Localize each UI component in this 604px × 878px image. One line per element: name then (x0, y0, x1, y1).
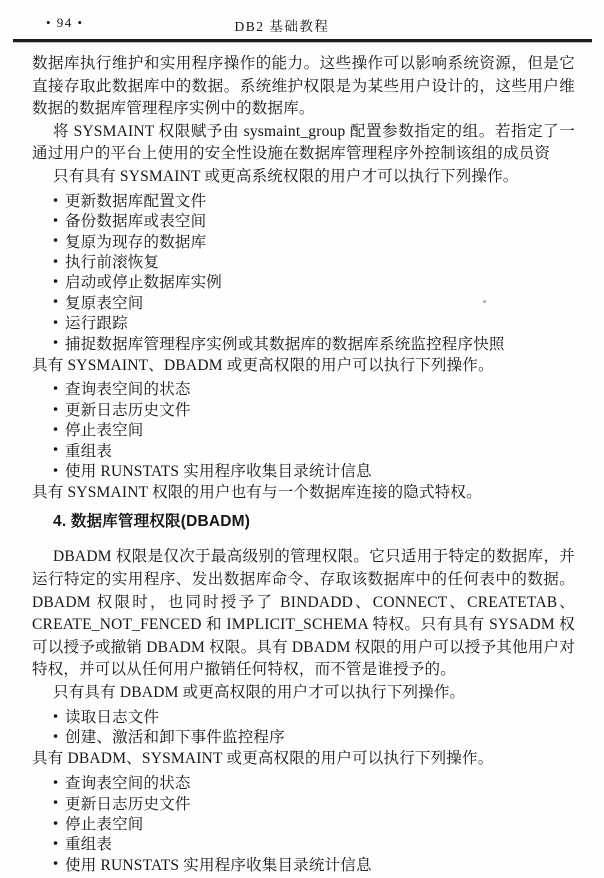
bullet-item: ●查询表空间的状态 (32, 378, 575, 398)
paragraph: 具有 SYSMAINT、DBADM 或更高权限的用户可以执行下列操作。 (32, 355, 575, 378)
bullet-text: 更新日志历史文件 (65, 792, 191, 812)
bullet-item: ●停止表空间 (32, 813, 575, 833)
paragraph: DBADM 权限是仅次于最高级别的管理权限。它只适用于特定的数据库，并允许用户运… (32, 546, 575, 682)
bullet-icon: ● (53, 236, 65, 245)
bullet-text: 捕捉数据库管理程序实例或其数据库的数据库系统监控程序快照 (65, 332, 505, 352)
text-line: 特权，并可以从任何用户撤销任何特权，而不管是谁授予的。 (32, 659, 575, 682)
bullet-icon: ● (53, 297, 65, 306)
text-line: CREATE_NOT_FENCED 和 IMPLICIT_SCHEMA 特权。只… (32, 614, 575, 637)
bullet-list: ●查询表空间的状态●更新日志历史文件●停止表空间●重组表●使用 RUNSTATS… (32, 772, 575, 874)
bullet-item: ●停止表空间 (32, 419, 575, 439)
bullet-text: 停止表空间 (65, 419, 144, 439)
text-line: 具有 SYSMAINT 权限的用户也有与一个数据库连接的隐式特权。 (32, 482, 575, 505)
bullet-item: ●查询表空间的状态 (32, 772, 575, 792)
bullet-item: ●更新日志历史文件 (32, 399, 575, 419)
bullet-icon: ● (53, 465, 65, 474)
paragraph: 只有具有 DBADM 或更高权限的用户才可以执行下列操作。 (32, 682, 575, 705)
text-line: 具有 SYSMAINT、DBADM 或更高权限的用户可以执行下列操作。 (32, 355, 575, 378)
bullet-icon: ● (53, 731, 65, 740)
bullet-icon: ● (53, 818, 65, 827)
paragraph: 将 SYSMAINT 权限赋予由 sysmaint_group 配置参数指定的组… (32, 121, 575, 166)
bullet-item: ●使用 RUNSTATS 实用程序收集目录统计信息 (32, 854, 575, 874)
text-line: 将 SYSMAINT 权限赋予由 sysmaint_group 配置参数指定的组… (32, 121, 575, 144)
book-title: DB2 基础教程 (0, 15, 564, 35)
section-heading: 4. 数据库管理权限(DBADM) (32, 511, 575, 534)
text-line: 只有具有 DBADM 或更高权限的用户才可以执行下列操作。 (32, 682, 575, 705)
paragraph: 只有具有 SYSMAINT 或更高系统权限的用户才可以执行下列操作。 (32, 166, 575, 189)
paragraph: 具有 SYSMAINT 权限的用户也有与一个数据库连接的隐式特权。 (32, 482, 575, 505)
text-line: 通过用户的平台上使用的安全性设施在数据库管理程序外控制该组的成员资格。 (32, 143, 575, 166)
bullet-icon: ● (53, 277, 65, 286)
bullet-text: 启动或停止数据库实例 (65, 271, 222, 291)
bullet-icon: ● (53, 859, 65, 868)
bullet-text: 执行前滚恢复 (65, 251, 159, 271)
bullet-text: 使用 RUNSTATS 实用程序收集目录统计信息 (65, 854, 372, 874)
book-page: • 94 • DB2 基础教程 数据库执行维护和实用程序操作的能力。这些操作可以… (0, 0, 604, 878)
bullet-text: 备份数据库或表空间 (65, 210, 206, 230)
bullet-item: ●重组表 (32, 833, 575, 853)
bullet-text: 查询表空间的状态 (65, 772, 191, 792)
bullet-item: ●捕捉数据库管理程序实例或其数据库的数据库系统监控程序快照 (32, 332, 575, 352)
paragraph: 具有 DBADM、SYSMAINT 或更高权限的用户可以执行下列操作。 (32, 748, 575, 771)
bullet-item: ●执行前滚恢复 (32, 251, 575, 271)
text-line: 数据库执行维护和实用程序操作的能力。这些操作可以影响系统资源，但是它们并不允许 (32, 53, 575, 76)
text-line: 可以授予或撤销 DBADM 权限。具有 DBADM 权限的用户可以授予其他用户对… (32, 637, 575, 660)
scan-artifact-dot (483, 300, 486, 303)
paragraph: 数据库执行维护和实用程序操作的能力。这些操作可以影响系统资源，但是它们并不允许直… (32, 53, 575, 121)
bullet-icon: ● (53, 839, 65, 848)
bullet-item: ●复原表空间 (32, 292, 575, 312)
page-body: 数据库执行维护和实用程序操作的能力。这些操作可以影响系统资源，但是它们并不允许直… (0, 42, 604, 874)
bullet-text: 复原表空间 (65, 292, 144, 312)
text-line: 运行特定的实用程序、发出数据库命令、存取该数据库中的任何表中的数据。当授予 (32, 569, 575, 592)
bullet-item: ●备份数据库或表空间 (32, 210, 575, 230)
text-line: DBADM 权限是仅次于最高级别的管理权限。它只适用于特定的数据库，并允许用户 (32, 546, 575, 569)
text-line: 直接存取此数据库中的数据。系统维护权限是为某些用户设计的，这些用户维护包含敏感 (32, 76, 575, 99)
bullet-text: 运行跟踪 (65, 312, 128, 332)
text-line: 只有具有 SYSMAINT 或更高系统权限的用户才可以执行下列操作。 (32, 166, 575, 189)
bullet-icon: ● (53, 445, 65, 454)
bullet-text: 查询表空间的状态 (65, 378, 191, 398)
text-line: 具有 DBADM、SYSMAINT 或更高权限的用户可以执行下列操作。 (32, 748, 575, 771)
bullet-icon: ● (53, 384, 65, 393)
bullet-icon: ● (53, 256, 65, 265)
bullet-item: ●重组表 (32, 439, 575, 459)
bullet-icon: ● (53, 777, 65, 786)
text-line: DBADM 权限时，也同时授予了 BINDADD、CONNECT、CREATET… (32, 592, 575, 615)
bullet-item: ●更新日志历史文件 (32, 792, 575, 812)
bullet-item: ●使用 RUNSTATS 实用程序收集目录统计信息 (32, 460, 575, 480)
bullet-icon: ● (53, 215, 65, 224)
bullet-text: 更新数据库配置文件 (65, 190, 206, 210)
bullet-text: 停止表空间 (65, 813, 144, 833)
bullet-icon: ● (53, 425, 65, 434)
bullet-icon: ● (53, 711, 65, 720)
bullet-icon: ● (53, 404, 65, 413)
text-line: 数据的数据库管理程序实例中的数据库。 (32, 98, 575, 121)
bullet-text: 更新日志历史文件 (65, 399, 191, 419)
bullet-text: 重组表 (65, 439, 112, 459)
bullet-list: ●查询表空间的状态●更新日志历史文件●停止表空间●重组表●使用 RUNSTATS… (32, 378, 575, 480)
bullet-item: ●启动或停止数据库实例 (32, 271, 575, 291)
bullet-item: ●更新数据库配置文件 (32, 190, 575, 210)
bullet-text: 复原为现存的数据库 (65, 230, 206, 250)
bullet-item: ●创建、激活和卸下事件监控程序 (32, 726, 575, 746)
bullet-text: 重组表 (65, 833, 112, 853)
bullet-text: 使用 RUNSTATS 实用程序收集目录统计信息 (65, 460, 372, 480)
bullet-list: ●更新数据库配置文件●备份数据库或表空间●复原为现存的数据库●执行前滚恢复●启动… (32, 190, 575, 353)
bullet-list: ●读取日志文件●创建、激活和卸下事件监控程序 (32, 706, 575, 747)
bullet-icon: ● (53, 798, 65, 807)
bullet-text: 创建、激活和卸下事件监控程序 (65, 726, 285, 746)
bullet-item: ●复原为现存的数据库 (32, 230, 575, 250)
bullet-item: ●读取日志文件 (32, 706, 575, 726)
bullet-icon: ● (53, 195, 65, 204)
bullet-icon: ● (53, 317, 65, 326)
bullet-text: 读取日志文件 (65, 706, 159, 726)
bullet-item: ●运行跟踪 (32, 312, 575, 332)
bullet-icon: ● (53, 338, 65, 347)
page-header: • 94 • DB2 基础教程 (0, 0, 604, 39)
